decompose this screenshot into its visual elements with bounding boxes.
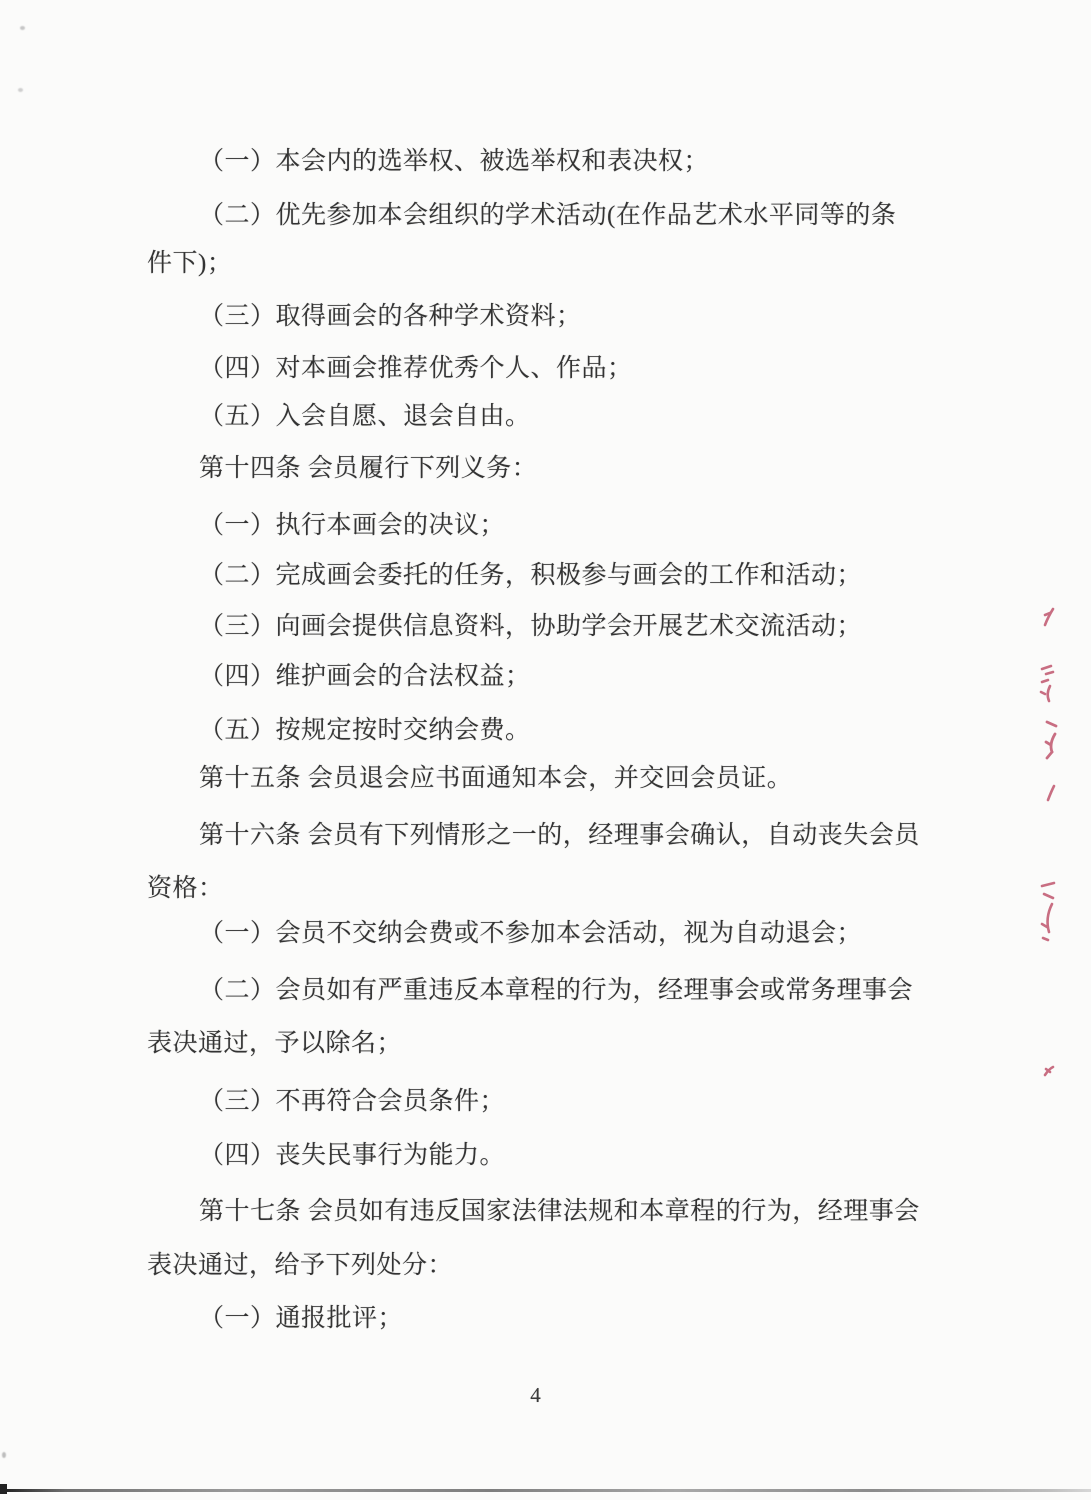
seal-fragment-icon: [1042, 1063, 1056, 1079]
scan-edge-artifact: [0, 1484, 7, 1494]
document-line: （一）本会内的选举权、被选举权和表决权；: [199, 148, 709, 176]
document-line: （二）优先参加本会组织的学术活动(在作品艺术水平同等的条: [199, 202, 896, 230]
document-line: （四）维护画会的合法权益；: [199, 663, 531, 691]
seal-fragment-icon: [1038, 880, 1058, 942]
document-line: （二）完成画会委托的任务，积极参与画会的工作和活动；: [199, 562, 862, 590]
seal-fragment-icon: [1042, 606, 1056, 628]
scan-edge-line: [0, 1489, 1091, 1492]
document-line: （一）执行本画会的决议；: [199, 512, 505, 540]
document-line: （四）对本画会推荐优秀个人、作品；: [199, 355, 633, 383]
seal-fragment-icon: [1042, 718, 1060, 766]
seal-fragment-icon: [1045, 783, 1057, 803]
document-line: （五）按规定按时交纳会费。: [199, 717, 531, 745]
scan-speck: [2, 1452, 6, 1458]
document-line: （一）通报批评；: [199, 1305, 403, 1333]
document-line: （三）向画会提供信息资料，协助学会开展艺术交流活动；: [199, 613, 862, 641]
document-line: （二）会员如有严重违反本章程的行为，经理事会或常务理事会: [199, 977, 913, 1005]
article-heading-line: 第十七条 会员如有违反国家法律法规和本章程的行为，经理事会: [199, 1198, 920, 1226]
document-line: 件下)；: [147, 250, 232, 278]
scan-speck: [18, 88, 23, 92]
seal-fragment-icon: [1038, 664, 1058, 704]
document-line: （一）会员不交纳会费或不参加本会活动，视为自动退会；: [199, 920, 862, 948]
article-heading-line: 第十四条 会员履行下列义务：: [199, 455, 537, 483]
article-heading-line: 第十五条 会员退会应书面通知本会，并交回会员证。: [199, 765, 792, 793]
scan-speck: [20, 26, 25, 30]
page-number: 4: [0, 1383, 1071, 1408]
article-heading-line: 第十六条 会员有下列情形之一的，经理事会确认，自动丧失会员: [199, 822, 920, 850]
scanned-document-page: （一）本会内的选举权、被选举权和表决权； （二）优先参加本会组织的学术活动(在作…: [0, 0, 1091, 1500]
document-line: （四）丧失民事行为能力。: [199, 1142, 505, 1170]
document-line: （五）入会自愿、退会自由。: [199, 403, 531, 431]
document-line: 资格：: [147, 875, 224, 903]
document-line: 表决通过，予以除名；: [147, 1030, 402, 1058]
document-line: 表决通过，给予下列处分：: [147, 1252, 453, 1280]
document-line: （三）取得画会的各种学术资料；: [199, 303, 582, 331]
document-line: （三）不再符合会员条件；: [199, 1088, 505, 1116]
